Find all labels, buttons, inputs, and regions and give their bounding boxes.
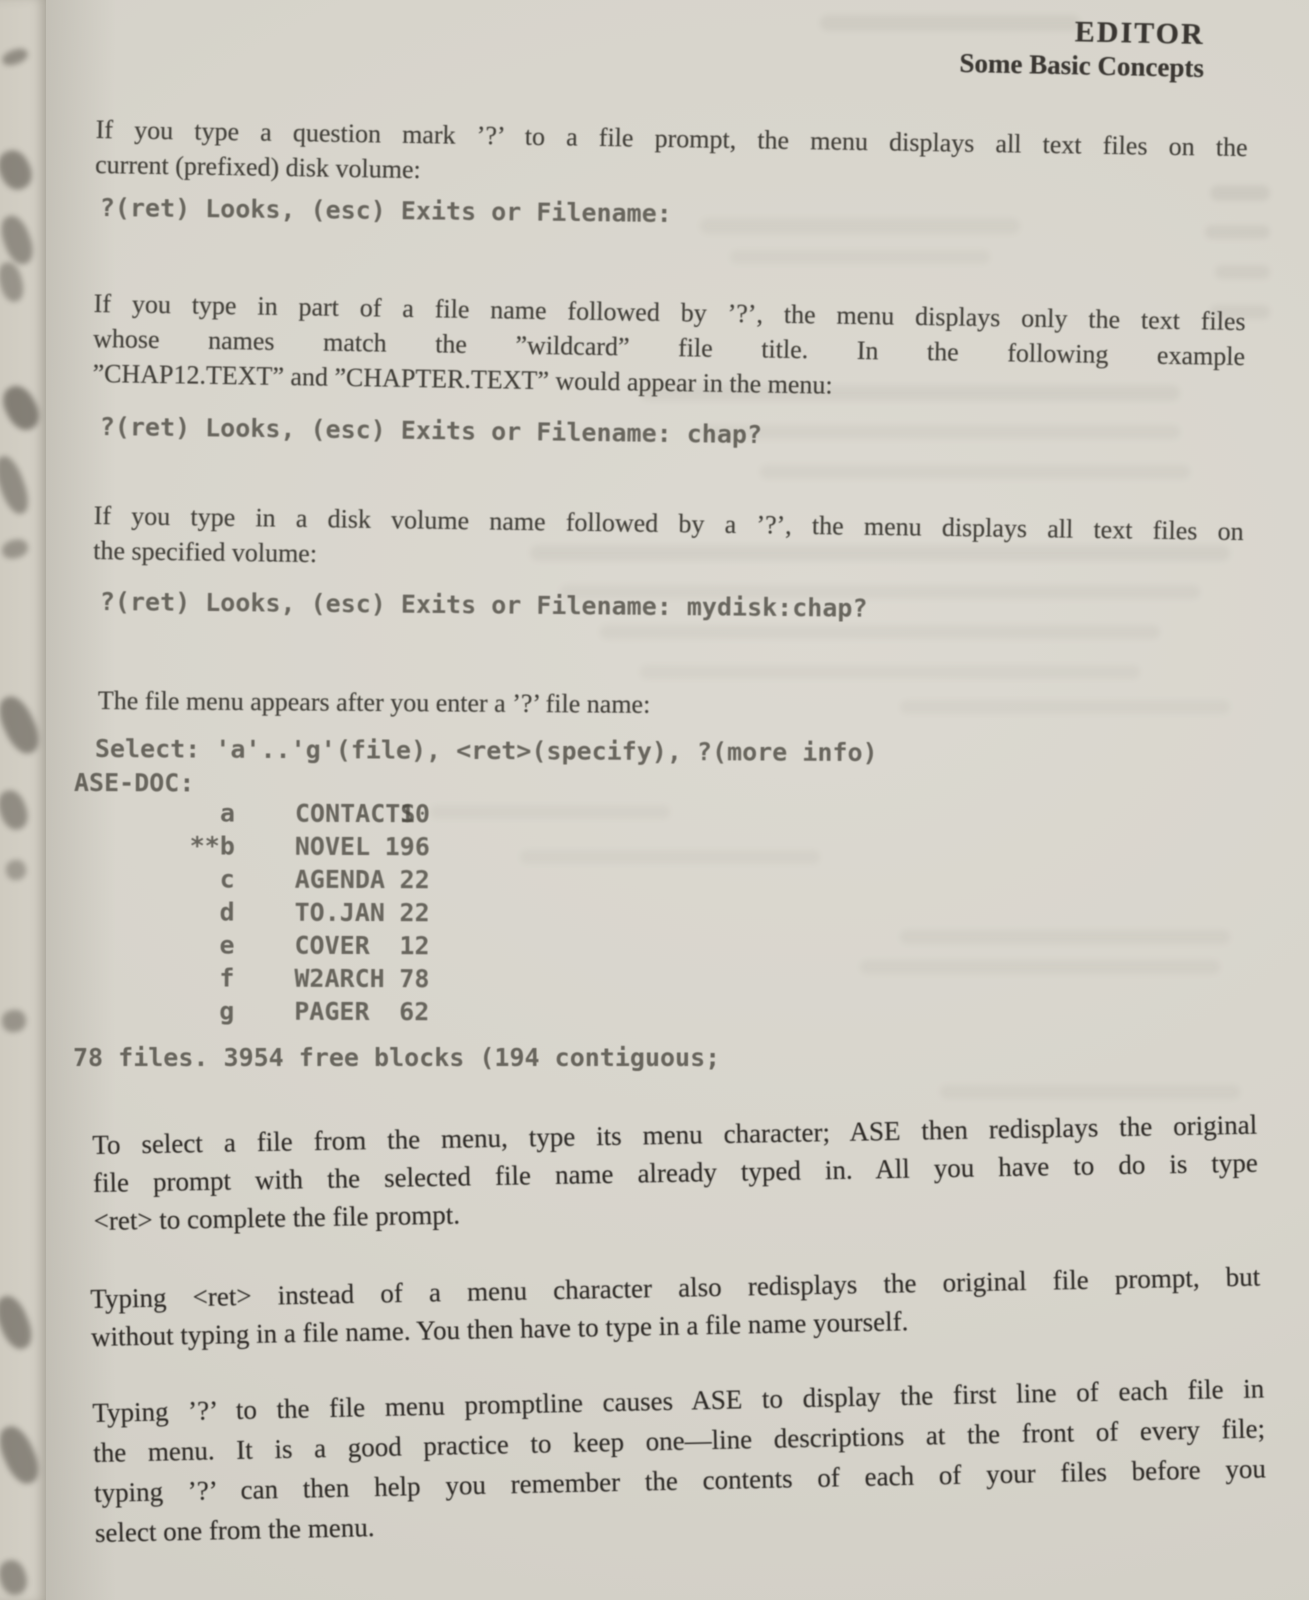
file-menu-blocks: 78 [329,964,429,993]
terminal-prompt-example: ?(ret) Looks, (esc) Exits or Filename: m… [100,587,868,624]
file-menu-blocks: 22 [330,865,430,894]
file-menu-volume-label: ASE-DOC: [74,768,195,798]
bleed-through-mark [640,665,1140,679]
bleed-through-mark [760,465,1190,479]
file-menu-blocks: 10 [330,799,430,828]
file-menu-row: a CONTACTS 10 [75,798,475,832]
file-menu-row: c AGENDA 22 [75,864,475,898]
bleed-through-mark [900,930,1230,944]
file-menu-row: g PAGER 62 [74,996,474,1030]
file-menu-rows: a CONTACTS 10 **b NOVEL 196 c AGENDA 22 … [74,798,475,1030]
paragraph: To select a file from the menu, type its… [92,1106,1259,1240]
file-menu-blocks: 62 [329,997,429,1026]
file-menu-blocks: 196 [330,832,430,861]
running-head: EDITOR Some Basic Concepts [684,7,1205,84]
bleed-through-mark [730,250,990,264]
bleed-through-mark [520,850,820,864]
file-menu-row: d TO.JAN 22 [75,897,475,931]
file-menu-footer: 78 files. 3954 free blocks (194 contiguo… [73,1043,720,1073]
file-menu-blocks: 22 [330,898,430,927]
file-menu-promptline: Select: 'a'..'g'(file), <ret>(specify), … [95,734,878,768]
file-menu-row: f W2ARCH 78 [74,963,474,997]
file-menu-key: **b [75,831,235,861]
paragraph: If you type in part of a file name follo… [92,286,1246,409]
paragraph: Typing ’?’ to the file menu promptline c… [92,1368,1267,1553]
terminal-prompt-example: ?(ret) Looks, (esc) Exits or Filename: [100,193,672,229]
paragraph: Typing <ret> instead of a menu character… [90,1258,1261,1356]
bleed-through-mark [700,218,1020,234]
bleed-through-mark [700,425,1180,439]
file-menu-row: e COVER 12 [74,930,474,964]
file-menu-key: f [74,963,234,993]
book-page-photo: EDITOR Some Basic Concepts If you type a… [0,0,1309,1600]
bleed-through-mark [1205,225,1270,239]
paragraph: If you type in a disk volume name follow… [93,498,1244,584]
bleed-through-mark [940,1085,1240,1099]
file-menu-key: a [75,798,235,828]
bleed-through-mark [600,625,1160,639]
terminal-prompt-example: ?(ret) Looks, (esc) Exits or Filename: c… [100,412,763,450]
paragraph-line: The file menu appears after you enter a … [98,683,1248,726]
bleed-through-mark [1215,265,1270,279]
file-menu-blocks: 12 [329,931,429,960]
file-menu-key: g [74,996,234,1026]
file-menu-row: **b NOVEL 196 [75,831,475,865]
paragraph: The file menu appears after you enter a … [98,683,1248,726]
file-menu-key: e [74,930,234,960]
paragraph: If you type a question mark ’?’ to a fil… [95,112,1248,200]
file-menu-key: d [75,897,235,927]
bleed-through-mark [860,960,1220,974]
file-menu-key: c [75,864,235,894]
